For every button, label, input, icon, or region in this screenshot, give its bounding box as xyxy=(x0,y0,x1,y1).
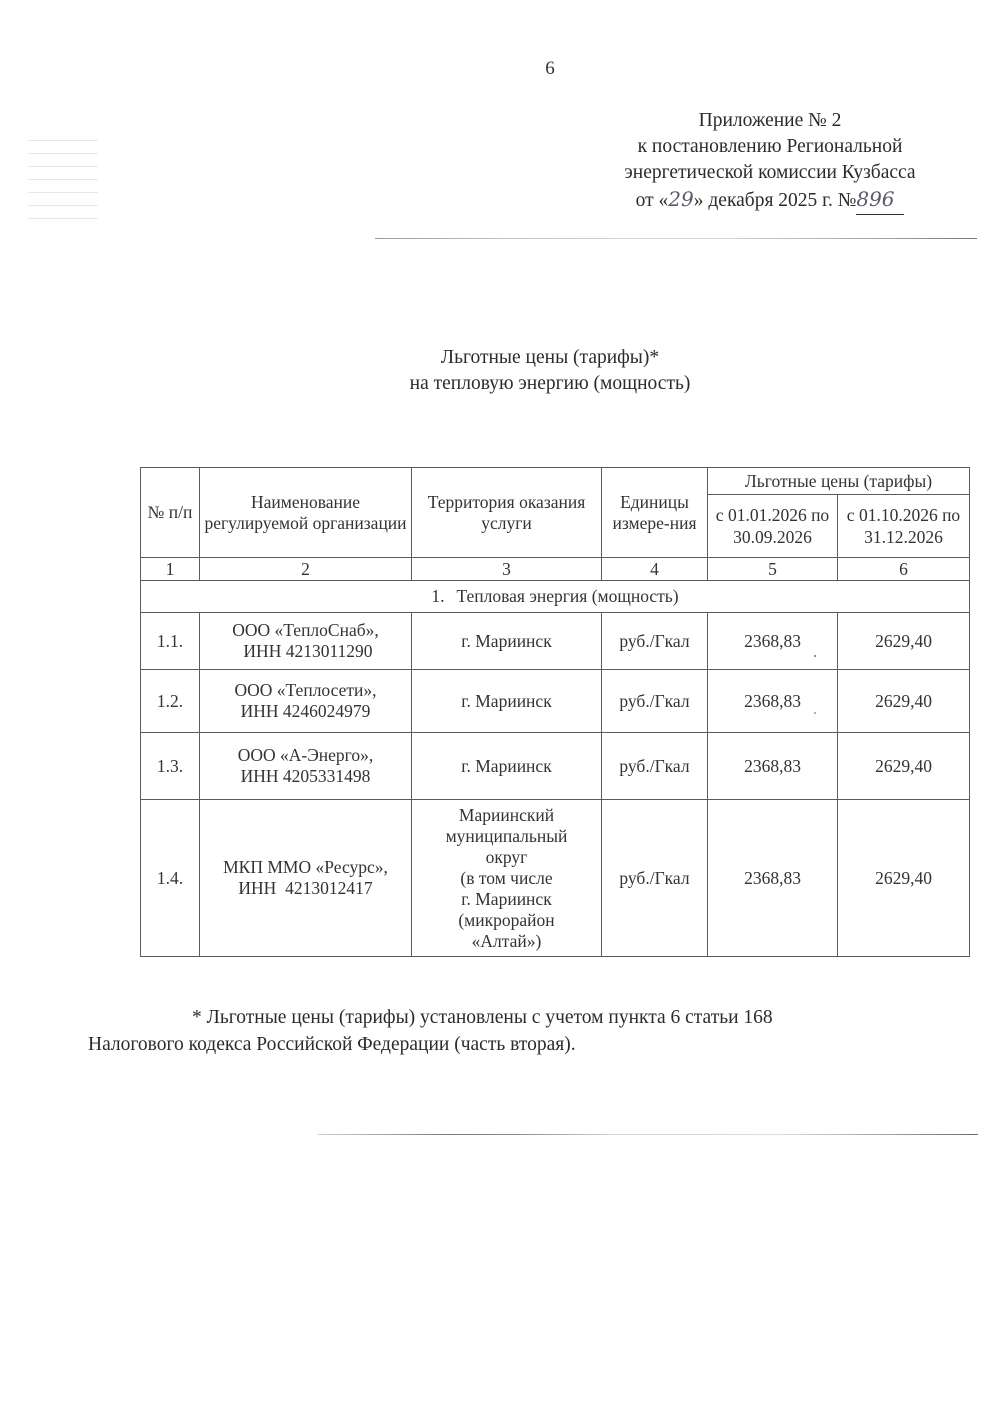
appendix-header: Приложение № 2 к постановлению Региональ… xyxy=(560,108,980,215)
row-units: руб./Гкал xyxy=(602,800,708,957)
territory-line: (микрорайон xyxy=(416,910,597,931)
territory-line: г. Мариинск xyxy=(416,889,597,910)
appendix-commission: энергетической комиссии Кузбасса xyxy=(560,160,980,186)
header-organization: Наименование регулируемой организации xyxy=(200,468,412,558)
org-name: ООО «ТеплоСнаб», xyxy=(204,620,407,641)
appendix-date-line: от «29» декабря 2025 г. №896 xyxy=(560,186,980,215)
column-number: 1 xyxy=(141,558,200,581)
separator-line-top xyxy=(375,238,977,239)
row-units: руб./Гкал xyxy=(602,613,708,670)
row-num: 1.4. xyxy=(141,800,200,957)
footnote: * Льготные цены (тарифы) установлены с у… xyxy=(140,1004,936,1058)
appendix-title: Приложение № 2 xyxy=(560,108,980,134)
row-territory: Мариинский муниципальный округ (в том чи… xyxy=(412,800,602,957)
scan-margin-artifact xyxy=(28,130,98,230)
table-row: 1.4. МКП ММО «Ресурс», ИНН 4213012417 Ма… xyxy=(141,800,970,957)
row-organization: МКП ММО «Ресурс», ИНН 4213012417 xyxy=(200,800,412,957)
section-label: Тепловая энергия (мощность) xyxy=(456,586,678,606)
scan-speck xyxy=(814,712,816,714)
row-organization: ООО «ТеплоСнаб», ИНН 4213011290 xyxy=(200,613,412,670)
table-row: 1.3. ООО «А-Энерго», ИНН 4205331498 г. М… xyxy=(141,733,970,800)
row-territory: г. Мариинск xyxy=(412,613,602,670)
column-number: 4 xyxy=(602,558,708,581)
header-period-1: с 01.01.2026 по 30.09.2026 xyxy=(708,495,838,558)
row-territory: г. Мариинск xyxy=(412,670,602,733)
territory-line: «Алтай») xyxy=(416,931,597,952)
header-period-2: с 01.10.2026 по 31.12.2026 xyxy=(838,495,970,558)
header-prices-group: Льготные цены (тарифы) xyxy=(708,468,970,495)
territory-line: (в том числе xyxy=(416,868,597,889)
row-num: 1.2. xyxy=(141,670,200,733)
section-heading: 1.Тепловая энергия (мощность) xyxy=(141,581,970,613)
header-territory: Территория оказания услуги xyxy=(412,468,602,558)
row-price-period-1: 2368,83 xyxy=(708,733,838,800)
handwritten-number: 896 xyxy=(856,187,894,211)
row-price-period-1: 2368,83 xyxy=(708,800,838,957)
row-organization: ООО «Теплосети», ИНН 4246024979 xyxy=(200,670,412,733)
org-inn: ИНН 4213012417 xyxy=(204,878,407,899)
row-price-period-1: 2368,83 xyxy=(708,670,838,733)
row-price-period-2: 2629,40 xyxy=(838,670,970,733)
org-inn: ИНН 4205331498 xyxy=(204,766,407,787)
date-prefix: от « xyxy=(636,190,669,211)
row-num: 1.1. xyxy=(141,613,200,670)
column-number: 6 xyxy=(838,558,970,581)
tariff-table: № п/п Наименование регулируемой организа… xyxy=(140,467,970,957)
table-row: 1.1. ООО «ТеплоСнаб», ИНН 4213011290 г. … xyxy=(141,613,970,670)
org-name: МКП ММО «Ресурс», xyxy=(204,857,407,878)
separator-line-bottom xyxy=(318,1134,978,1135)
title-line-2: на тепловую энергию (мощность) xyxy=(0,371,992,397)
row-units: руб./Гкал xyxy=(602,670,708,733)
date-suffix: » декабря 2025 г. № xyxy=(694,190,857,211)
territory-line: Мариинский xyxy=(416,805,597,826)
column-number: 2 xyxy=(200,558,412,581)
document-number-field: 896 xyxy=(856,186,904,215)
header-num: № п/п xyxy=(141,468,200,558)
territory-line: округ xyxy=(416,847,597,868)
footnote-line-1: * Льготные цены (тарифы) установлены с у… xyxy=(140,1004,936,1031)
scan-speck xyxy=(814,655,816,657)
org-name: ООО «А-Энерго», xyxy=(204,745,407,766)
org-inn: ИНН 4246024979 xyxy=(204,701,407,722)
table-row: 1.2. ООО «Теплосети», ИНН 4246024979 г. … xyxy=(141,670,970,733)
row-num: 1.3. xyxy=(141,733,200,800)
row-price-period-2: 2629,40 xyxy=(838,733,970,800)
handwritten-day: 29 xyxy=(668,187,693,211)
footnote-line-2: Налогового кодекса Российской Федерации … xyxy=(88,1031,936,1058)
document-title: Льготные цены (тарифы)* на тепловую энер… xyxy=(0,345,992,397)
row-territory: г. Мариинск xyxy=(412,733,602,800)
org-name: ООО «Теплосети», xyxy=(204,680,407,701)
territory-line: муниципальный xyxy=(416,826,597,847)
section-number: 1. xyxy=(431,586,444,606)
page-number: 6 xyxy=(0,58,992,80)
row-price-period-2: 2629,40 xyxy=(838,613,970,670)
header-units: Единицы измере-ния xyxy=(602,468,708,558)
column-number: 5 xyxy=(708,558,838,581)
row-units: руб./Гкал xyxy=(602,733,708,800)
title-line-1: Льготные цены (тарифы)* xyxy=(0,345,992,371)
row-price-period-1: 2368,83 xyxy=(708,613,838,670)
row-organization: ООО «А-Энерго», ИНН 4205331498 xyxy=(200,733,412,800)
appendix-reference: к постановлению Региональной xyxy=(560,134,980,160)
row-price-period-2: 2629,40 xyxy=(838,800,970,957)
column-number: 3 xyxy=(412,558,602,581)
org-inn: ИНН 4213011290 xyxy=(204,641,407,662)
